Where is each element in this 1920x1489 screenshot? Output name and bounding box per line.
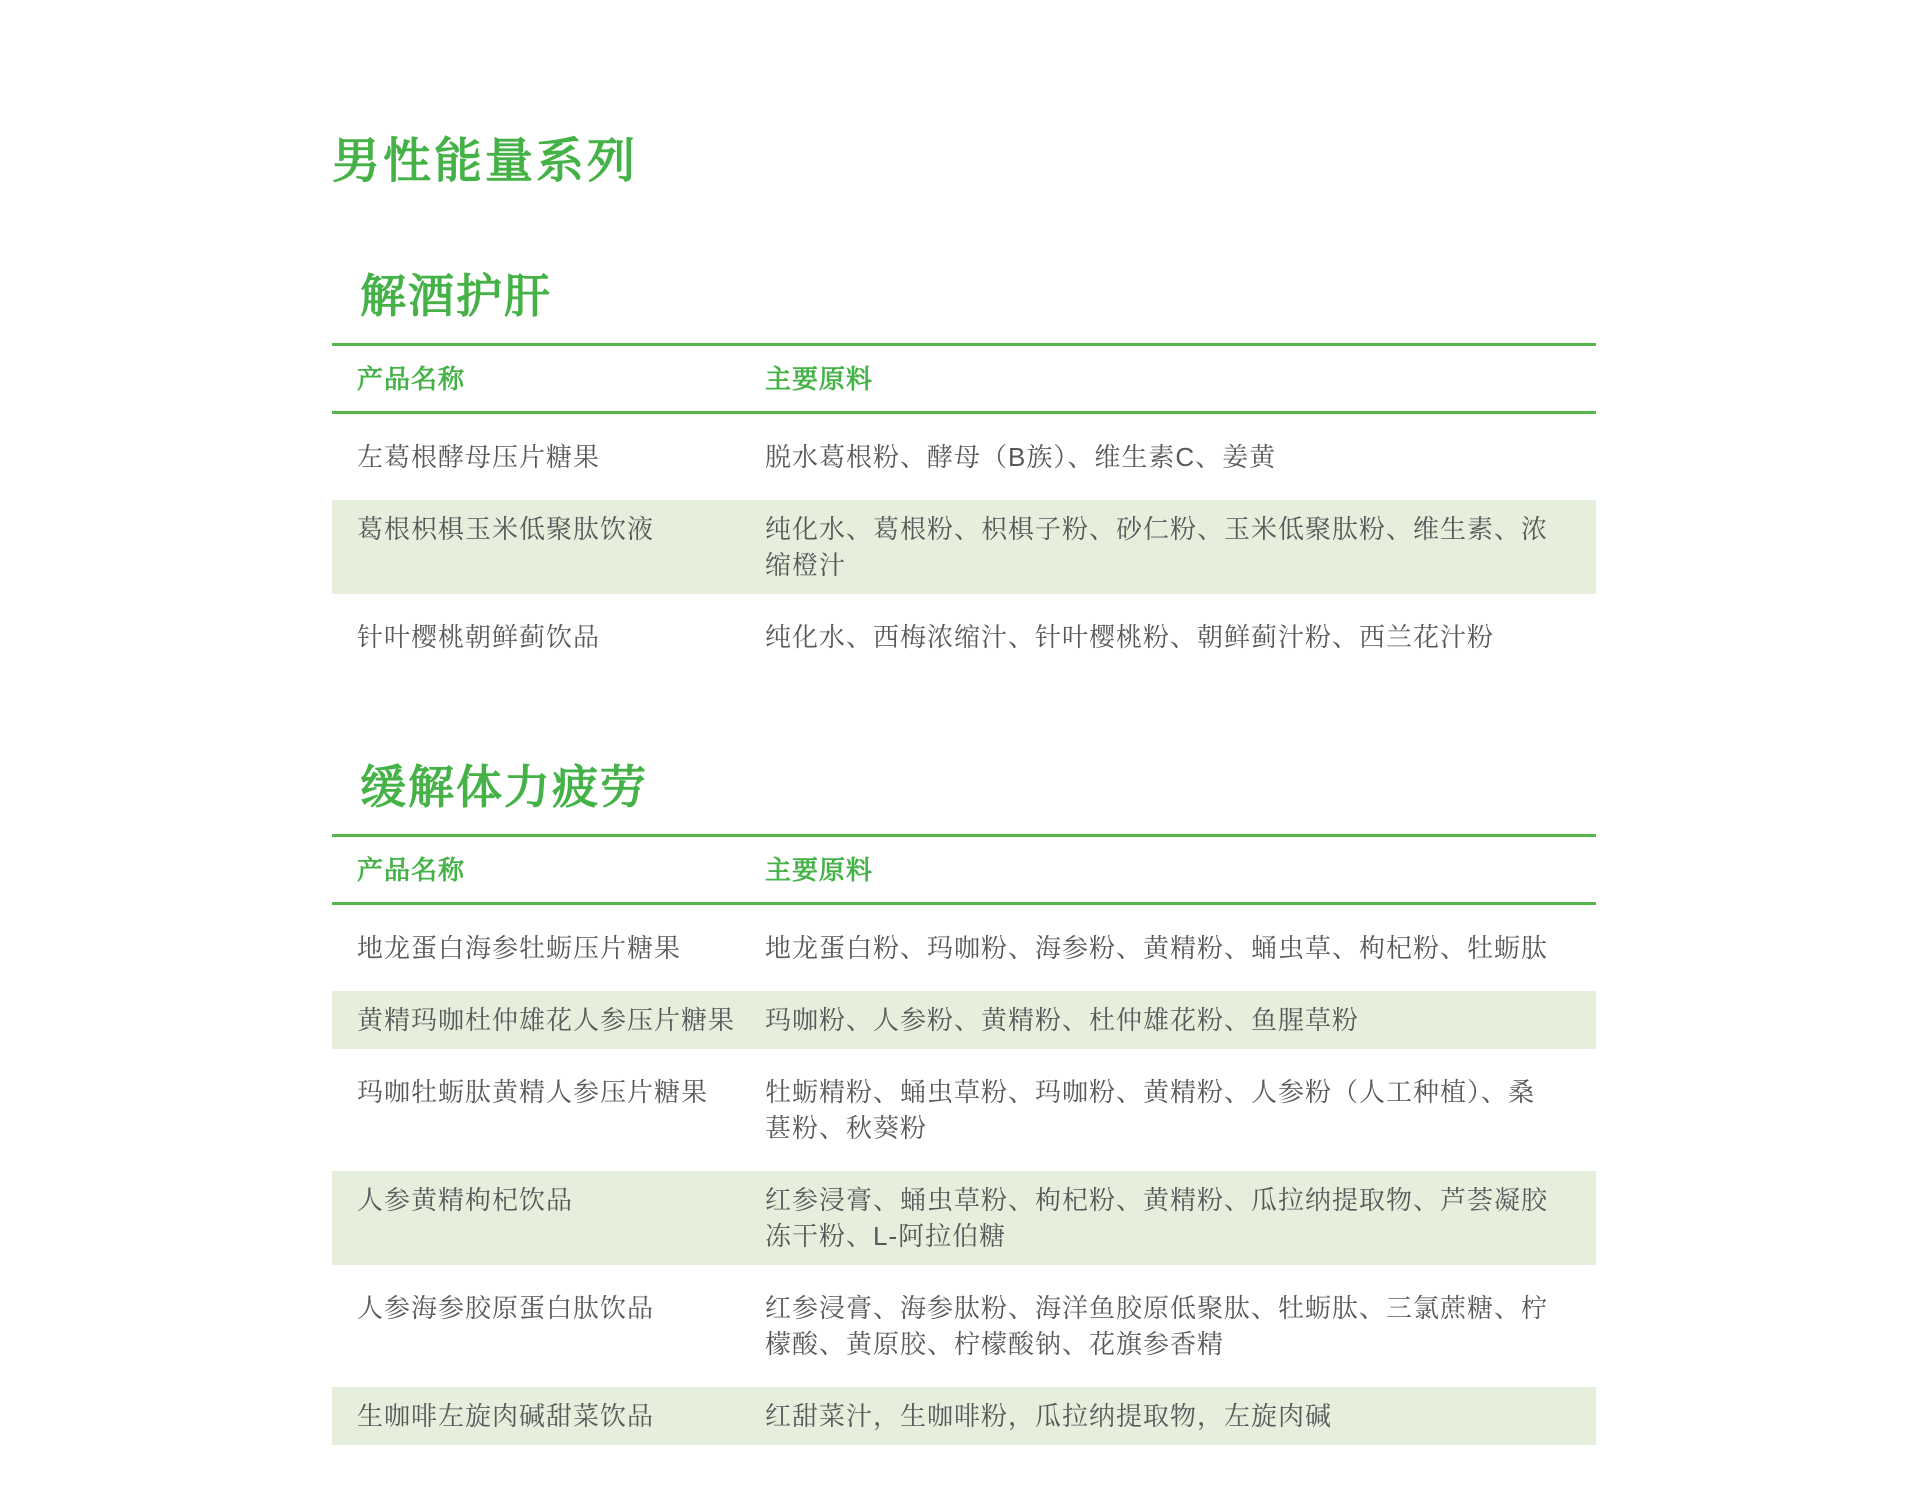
ingredients-cell: 牡蛎精粉、蛹虫草粉、玛咖粉、黄精粉、人参粉（人工种植）、桑葚粉、秋葵粉 xyxy=(765,1074,1596,1146)
product-name-cell: 人参海参胶原蛋白肽饮品 xyxy=(332,1290,765,1362)
table-row: 左葛根酵母压片糖果 脱水葛根粉、酵母（B族）、维生素C、姜黄 xyxy=(332,414,1596,500)
product-name-cell: 葛根枳椇玉米低聚肽饮液 xyxy=(332,511,765,583)
ingredients-cell: 玛咖粉、人参粉、黄精粉、杜仲雄花粉、鱼腥草粉 xyxy=(765,1002,1596,1038)
product-name-cell: 玛咖牡蛎肽黄精人参压片糖果 xyxy=(332,1074,765,1146)
table-row: 黄精玛咖杜仲雄花人参压片糖果 玛咖粉、人参粉、黄精粉、杜仲雄花粉、鱼腥草粉 xyxy=(332,991,1596,1049)
product-name-cell: 地龙蛋白海参牡蛎压片糖果 xyxy=(332,930,765,966)
column-header-main-ingredients: 主要原料 xyxy=(765,853,1596,887)
product-name-cell: 黄精玛咖杜仲雄花人参压片糖果 xyxy=(332,1002,765,1038)
ingredients-cell: 纯化水、西梅浓缩汁、针叶樱桃粉、朝鲜蓟汁粉、西兰花汁粉 xyxy=(765,619,1596,655)
table-row: 生咖啡左旋肉碱甜菜饮品 红甜菜汁，生咖啡粉，瓜拉纳提取物，左旋肉碱 xyxy=(332,1387,1596,1445)
table-row: 人参黄精枸杞饮品 红参浸膏、蛹虫草粉、枸杞粉、黄精粉、瓜拉纳提取物、芦荟凝胶冻干… xyxy=(332,1171,1596,1265)
table-row: 针叶樱桃朝鲜蓟饮品 纯化水、西梅浓缩汁、针叶樱桃粉、朝鲜蓟汁粉、西兰花汁粉 xyxy=(332,594,1596,680)
table-row: 玛咖牡蛎肽黄精人参压片糖果 牡蛎精粉、蛹虫草粉、玛咖粉、黄精粉、人参粉（人工种植… xyxy=(332,1049,1596,1171)
section-heading: 缓解体力疲劳 xyxy=(360,760,1596,814)
page-content: 男性能量系列 解酒护肝 产品名称 主要原料 左葛根酵母压片糖果 脱水葛根粉、酵母… xyxy=(332,135,1596,1445)
page-title: 男性能量系列 xyxy=(332,135,1596,189)
product-name-cell: 左葛根酵母压片糖果 xyxy=(332,439,765,475)
ingredients-cell: 地龙蛋白粉、玛咖粉、海参粉、黄精粉、蛹虫草、枸杞粉、牡蛎肽 xyxy=(765,930,1596,966)
section-hangover-liver: 解酒护肝 产品名称 主要原料 左葛根酵母压片糖果 脱水葛根粉、酵母（B族）、维生… xyxy=(332,269,1596,680)
table-row: 地龙蛋白海参牡蛎压片糖果 地龙蛋白粉、玛咖粉、海参粉、黄精粉、蛹虫草、枸杞粉、牡… xyxy=(332,905,1596,991)
ingredients-table: 产品名称 主要原料 地龙蛋白海参牡蛎压片糖果 地龙蛋白粉、玛咖粉、海参粉、黄精粉… xyxy=(332,834,1596,1445)
ingredients-table: 产品名称 主要原料 左葛根酵母压片糖果 脱水葛根粉、酵母（B族）、维生素C、姜黄… xyxy=(332,343,1596,680)
column-header-product-name: 产品名称 xyxy=(332,362,765,396)
ingredients-cell: 红参浸膏、蛹虫草粉、枸杞粉、黄精粉、瓜拉纳提取物、芦荟凝胶冻干粉、L-阿拉伯糖 xyxy=(765,1182,1596,1254)
product-name-cell: 人参黄精枸杞饮品 xyxy=(332,1182,765,1254)
product-name-cell: 生咖啡左旋肉碱甜菜饮品 xyxy=(332,1398,765,1434)
ingredients-cell: 脱水葛根粉、酵母（B族）、维生素C、姜黄 xyxy=(765,439,1596,475)
ingredients-cell: 红甜菜汁，生咖啡粉，瓜拉纳提取物，左旋肉碱 xyxy=(765,1398,1596,1434)
section-heading: 解酒护肝 xyxy=(360,269,1596,323)
ingredients-cell: 红参浸膏、海参肽粉、海洋鱼胶原低聚肽、牡蛎肽、三氯蔗糖、柠檬酸、黄原胶、柠檬酸钠… xyxy=(765,1290,1596,1362)
table-header-row: 产品名称 主要原料 xyxy=(332,837,1596,905)
column-header-main-ingredients: 主要原料 xyxy=(765,362,1596,396)
table-row: 葛根枳椇玉米低聚肽饮液 纯化水、葛根粉、枳椇子粉、砂仁粉、玉米低聚肽粉、维生素、… xyxy=(332,500,1596,594)
section-physical-fatigue: 缓解体力疲劳 产品名称 主要原料 地龙蛋白海参牡蛎压片糖果 地龙蛋白粉、玛咖粉、… xyxy=(332,760,1596,1445)
table-row: 人参海参胶原蛋白肽饮品 红参浸膏、海参肽粉、海洋鱼胶原低聚肽、牡蛎肽、三氯蔗糖、… xyxy=(332,1265,1596,1387)
column-header-product-name: 产品名称 xyxy=(332,853,765,887)
product-name-cell: 针叶樱桃朝鲜蓟饮品 xyxy=(332,619,765,655)
table-header-row: 产品名称 主要原料 xyxy=(332,346,1596,414)
ingredients-cell: 纯化水、葛根粉、枳椇子粉、砂仁粉、玉米低聚肽粉、维生素、浓缩橙汁 xyxy=(765,511,1596,583)
